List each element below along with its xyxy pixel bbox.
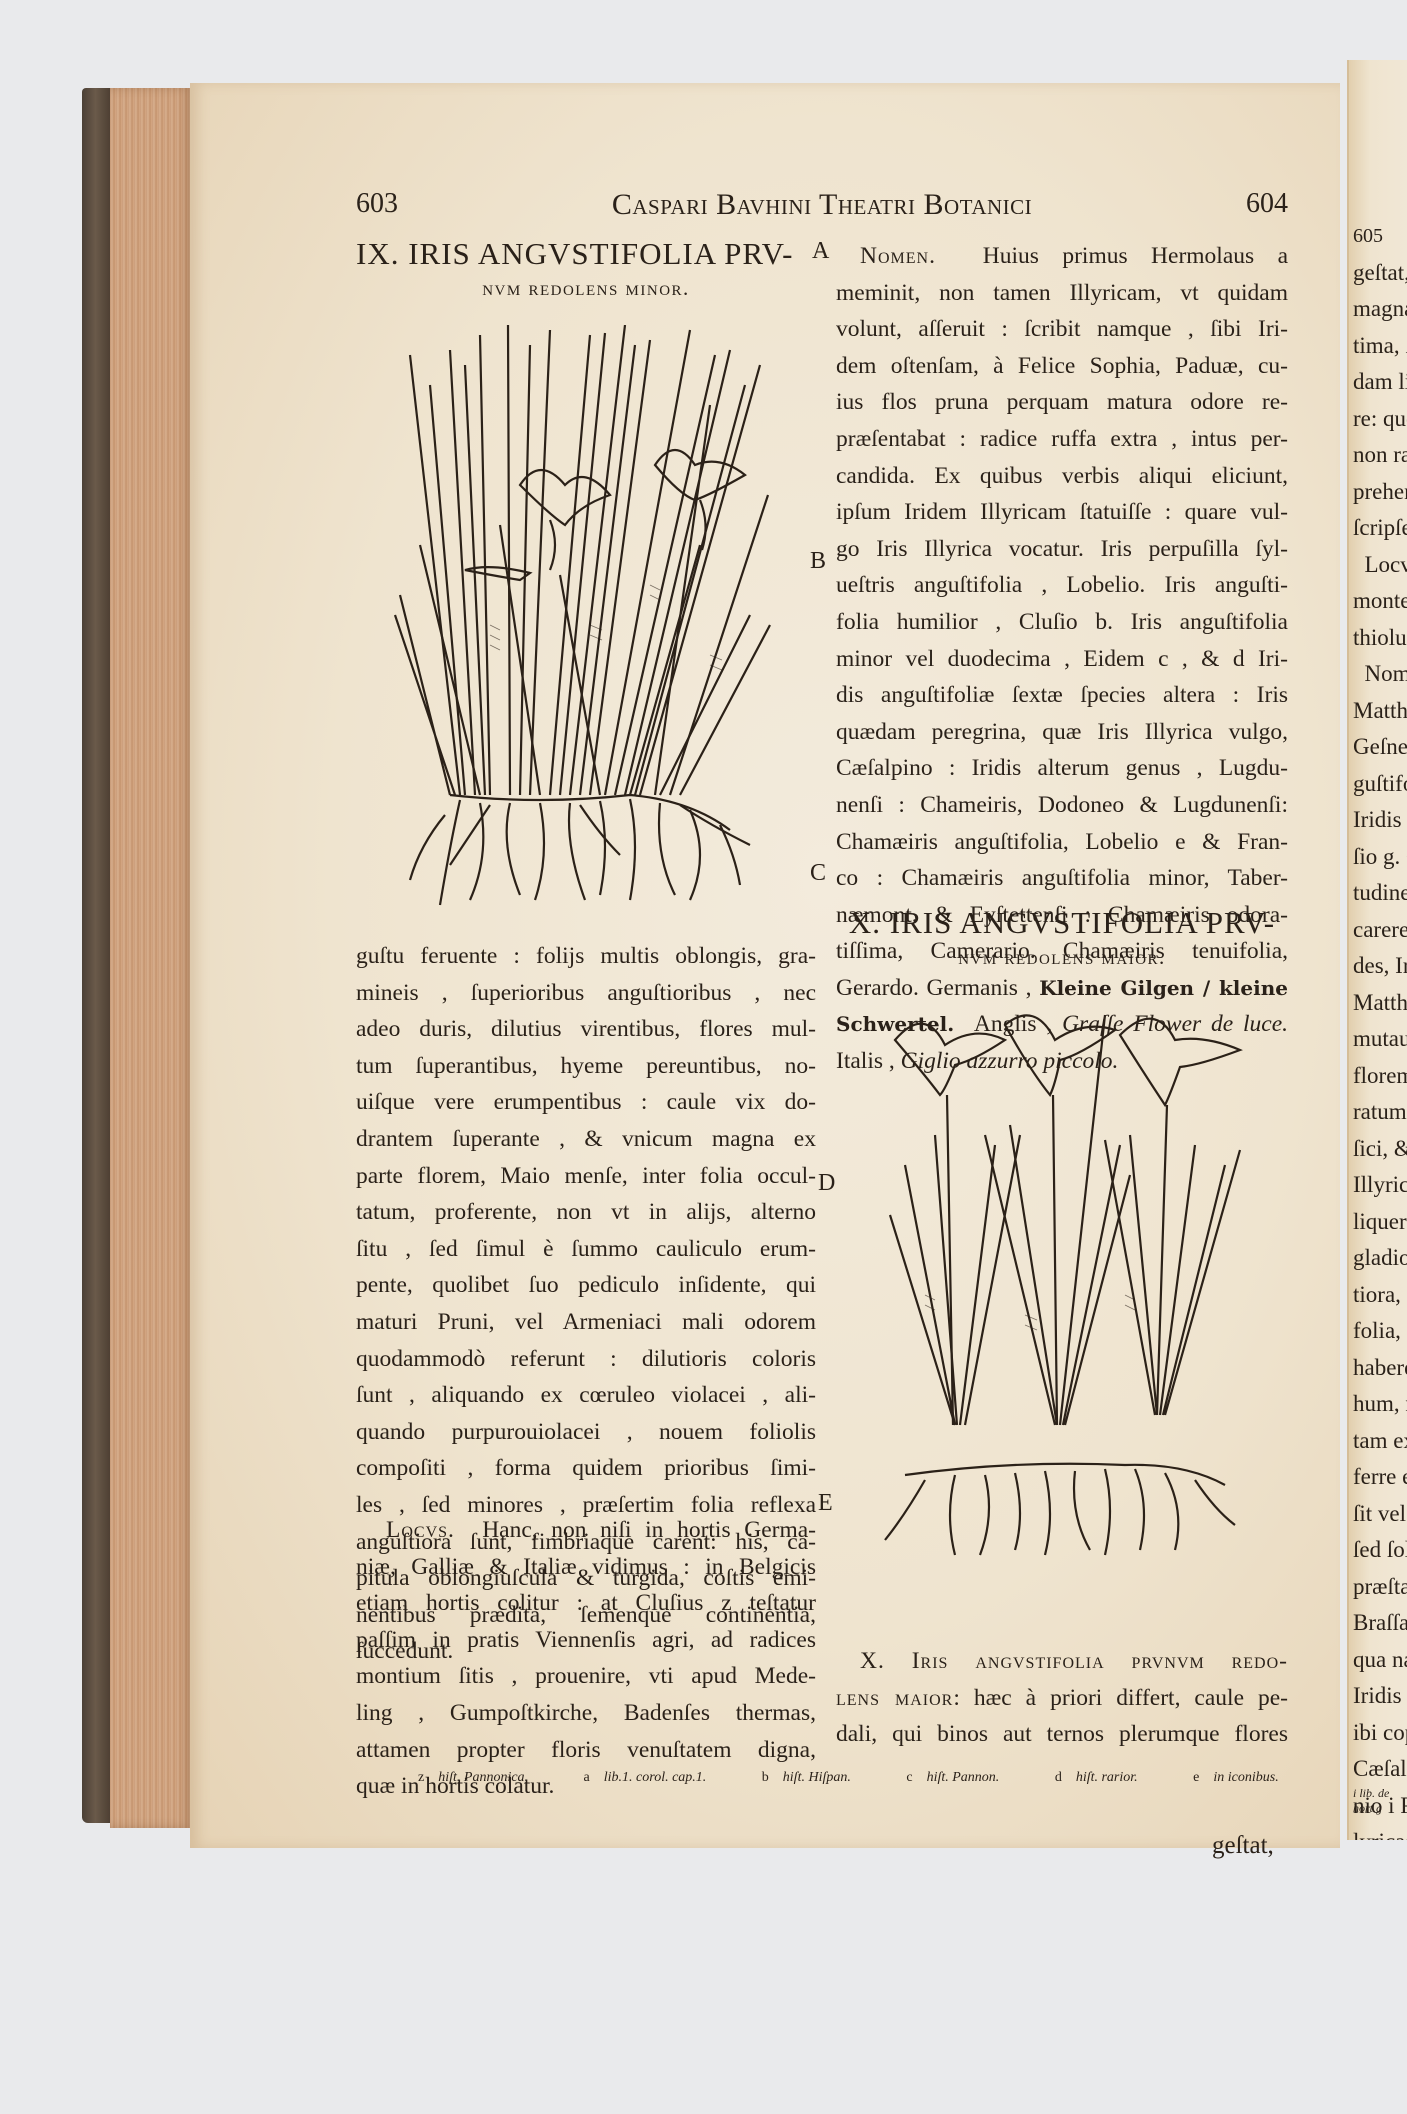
woodcut-iris-minor-illustration: [390, 325, 790, 915]
next-page-line: Nome: [1353, 656, 1407, 693]
text-line: Chamæiris anguſtifolia, Lobelio e & Fran…: [836, 824, 1288, 861]
next-page-partial: 605 geſtat, (magna etima, ſupdam linere:…: [1347, 60, 1407, 1840]
next-page-footnote: i lib. de hort.g: [1353, 1786, 1407, 1816]
next-page-line: Cæſalpin: [1353, 1751, 1407, 1788]
next-page-line: folia, ſtri: [1353, 1313, 1407, 1350]
section-ix-heading-block: IX. IRIS ANGVSTIFOLIA PRV- nvm redolens …: [356, 236, 816, 301]
locus-label: Locvs.: [386, 1517, 455, 1543]
next-page-line: ſio g. Ca: [1353, 839, 1407, 876]
text-line: uiſque vere erumpentibus : caule vix do-: [356, 1084, 816, 1121]
next-page-line: ſcripſerit: [1353, 510, 1407, 547]
footnote-c: chiſt. Pannon.: [906, 1770, 999, 1785]
next-page-line: tudine à p: [1353, 875, 1407, 912]
next-page-line: habere.: [1353, 1350, 1407, 1387]
next-page-line: thiolus r: [1353, 620, 1407, 657]
section-x-subheading: nvm redolens maior.: [836, 945, 1288, 970]
next-page-line: gladioli fo: [1353, 1240, 1407, 1277]
text-line: meminit, non tamen Illyricam, vt quidam: [836, 275, 1288, 312]
woodcut-iris-maior-illustration: [865, 995, 1275, 1635]
margin-letter-d: D: [818, 1170, 835, 1197]
nomen-label: Nomen.: [860, 243, 936, 269]
next-page-line: florem qu: [1353, 1058, 1407, 1095]
section-x-description: X. Iris angvstifolia prvnvm redo- lens m…: [836, 1643, 1288, 1753]
text-line: go Iris Illyrica vocatur. Iris perpuſill…: [836, 531, 1288, 568]
next-page-line: Geſnero: [1353, 729, 1407, 766]
text-line: volunt, aſſeruit : ſcribit namque , ſibi…: [836, 311, 1288, 348]
text-line: compoſiti , forma quidem prioribus ſimi-: [356, 1450, 816, 1487]
text-line: ueſtris anguſtifolia , Lobelio. Iris ang…: [836, 567, 1288, 604]
text-line: præſentabat : radice ruffa extra , intus…: [836, 421, 1288, 458]
next-page-line: hum, mo: [1353, 1386, 1407, 1423]
footnote-z: zhiſt. Pannonica.: [418, 1770, 528, 1785]
next-page-line: ſed ſolum: [1353, 1532, 1407, 1569]
section-ix-locus: Locvs. Hanc, non niſi in hortis Germa- n…: [356, 1512, 816, 1805]
next-page-text: 605 geſtat, (magna etima, ſupdam linere:…: [1353, 218, 1407, 1840]
next-page-line: ſici, & var: [1353, 1131, 1407, 1168]
page-number-next: 605: [1353, 218, 1407, 255]
page-edges: [110, 88, 192, 1828]
text-line: mineis , ſuperioribus anguſtioribus , ne…: [356, 975, 816, 1012]
text-line: dem oſtenſam, à Felice Sophia, Paduæ, cu…: [836, 348, 1288, 385]
margin-letter-e: E: [818, 1490, 833, 1517]
text-line: quando purpurouiolacei , nouem foliolis: [356, 1414, 816, 1451]
margin-letter-a: A: [812, 238, 829, 265]
text-line: guſtu feruente : folijs multis oblongis,…: [356, 938, 816, 975]
text-line: quædam peregrina, quæ Iris Illyrica vulg…: [836, 714, 1288, 751]
footnote-a: alib.1. corol. cap.1.: [584, 1770, 707, 1785]
next-page-line: qua naſcit: [1353, 1642, 1407, 1679]
text-line: parte florem, Maio menſe, inter folia oc…: [356, 1158, 816, 1195]
text-line: ipſum Iridem Illyricam ſtatuiſſe : quare…: [836, 494, 1288, 531]
next-page-line: Matthioli: [1353, 985, 1407, 1022]
next-page-line: non radi: [1353, 437, 1407, 474]
next-page-line: monte, &: [1353, 583, 1407, 620]
next-page-line: geſtat, (: [1353, 255, 1407, 292]
next-page-line: ferre exiſ: [1353, 1459, 1407, 1496]
next-page-line: lyricas, co: [1353, 1824, 1407, 1840]
page-number-right: 604: [1246, 188, 1288, 220]
text-line: adeo duris, dilutius virentibus, flores …: [356, 1011, 816, 1048]
text-line: drantem ſuperante , & vnicum magna ex: [356, 1121, 816, 1158]
text-line: co : Chamæiris anguſtifolia minor, Taber…: [836, 860, 1288, 897]
running-header: 603 Caspari Bavhini Theatri Botanici 604: [356, 188, 1288, 228]
text-line: dis anguſtifoliæ ſextæ ſpecies altera : …: [836, 677, 1288, 714]
text-line: tum ſuperantibus, hyeme pereuntibus, no-: [356, 1048, 816, 1085]
text-line: tatum, proferente, non vt in alijs, alte…: [356, 1194, 816, 1231]
next-page-line: tiora, atq: [1353, 1277, 1407, 1314]
next-page-line: re: quem: [1353, 401, 1407, 438]
text-line: folia humilior , Cluſio b. Iris anguſtif…: [836, 604, 1288, 641]
next-page-line: Iridis Illy: [1353, 1678, 1407, 1715]
next-page-line: ſit vel ge: [1353, 1496, 1407, 1533]
text-line: maturi Pruni, vel Armeniaci mali odorem: [356, 1304, 816, 1341]
section-x-desc-label: X. Iris angvstifolia prvnvm redo-: [860, 1648, 1288, 1674]
next-page-line: liquere , c: [1353, 1204, 1407, 1241]
next-page-line: Braſſauol: [1353, 1605, 1407, 1642]
book-spine: [82, 88, 112, 1823]
text-line: quodammodò referunt : dilutioris coloris: [356, 1341, 816, 1378]
next-page-line: ibi copio: [1353, 1715, 1407, 1752]
next-page-line: Locv: [1353, 547, 1407, 584]
section-ix-subheading: nvm redolens minor.: [356, 276, 816, 301]
next-page-line: præſtanti: [1353, 1569, 1407, 1606]
next-page-line: tam exiſt: [1353, 1423, 1407, 1460]
text-line: ſunt , aliquando ex cœruleo violacei , a…: [356, 1377, 816, 1414]
next-page-line: magna e: [1353, 291, 1407, 328]
running-title: Caspari Bavhini Theatri Botanici: [356, 188, 1288, 222]
next-page-line: carere, vu: [1353, 912, 1407, 949]
next-page-line: Illyricam: [1353, 1167, 1407, 1204]
footnotes: zhiſt. Pannonica. alib.1. corol. cap.1. …: [418, 1770, 1298, 1786]
next-page-line: Iridis ang: [1353, 802, 1407, 839]
footnote-d: dhiſt. rarior.: [1055, 1770, 1138, 1785]
section-ix-heading: IX. IRIS ANGVSTIFOLIA PRV-: [356, 236, 816, 272]
footnote-b: bhiſt. Hiſpan.: [762, 1770, 851, 1785]
next-page-line: Matthiol: [1353, 693, 1407, 730]
margin-letter-c: C: [810, 860, 826, 887]
margin-letter-b: B: [810, 548, 826, 575]
next-page-line: guſtifolia: [1353, 766, 1407, 803]
next-page-line: tima, ſup: [1353, 328, 1407, 365]
section-x-heading-block: X. IRIS ANGVSTIFOLIA PRV- nvm redolens m…: [836, 905, 1288, 970]
footnote-e: ein iconibus.: [1193, 1770, 1279, 1785]
text-line: nenſi : Chameiris, Dodoneo & Lugdunenſi:: [836, 787, 1288, 824]
next-page-line: mutauit.: [1353, 1021, 1407, 1058]
next-page-line: des, Iride: [1353, 948, 1407, 985]
text-line: candida. Ex quibus verbis aliqui eliciun…: [836, 458, 1288, 495]
text-line: ſitu , ſed ſimul è ſummo cauliculo erum-: [356, 1231, 816, 1268]
text-line: pente, quolibet ſuo pediculo inſidente, …: [356, 1267, 816, 1304]
text-line: Cæſalpino : Iridis alterum genus , Lugdu…: [836, 750, 1288, 787]
text-line: ius flos pruna perquam matura odore re-: [836, 384, 1288, 421]
catchword: geſtat,: [1212, 1832, 1274, 1860]
next-page-line: ratum, fer: [1353, 1094, 1407, 1131]
next-page-line: prehend: [1353, 474, 1407, 511]
section-x-heading: X. IRIS ANGVSTIFOLIA PRV-: [836, 905, 1288, 941]
next-page-line: dam line: [1353, 364, 1407, 401]
text-line: minor vel duodecima , Eidem c , & d Iri-: [836, 641, 1288, 678]
